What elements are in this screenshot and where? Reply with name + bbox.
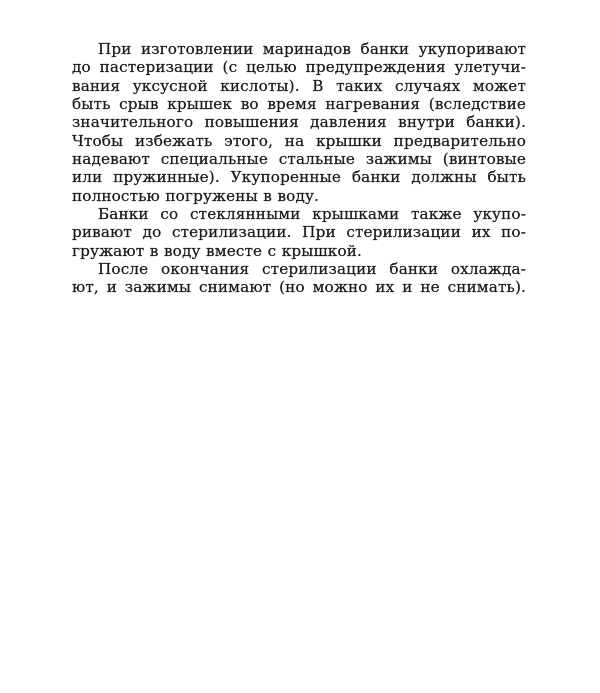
text-line: При изготовлении маринадов банки укупори… bbox=[72, 40, 526, 58]
text-line: или пружинные). Укупоренные банки должны… bbox=[72, 168, 526, 186]
text-line: вания уксусной кислоты). В таких случаях… bbox=[72, 77, 526, 95]
text-line: надевают специальные стальные зажимы (ви… bbox=[72, 150, 526, 168]
paragraph-marinade-sealing: При изготовлении маринадов банки укупори… bbox=[72, 40, 526, 205]
text-line: гружают в воду вместе с крышкой. bbox=[72, 242, 526, 260]
paragraph-glass-lids: Банки со стеклянными крышками также укуп… bbox=[72, 205, 526, 260]
paragraph-after-sterilization: После окончания стерилизации банки охлаж… bbox=[72, 260, 526, 297]
text-line: быть срыв крышек во время нагревания (вс… bbox=[72, 95, 526, 113]
text-line: Банки со стеклянными крышками также укуп… bbox=[72, 205, 526, 223]
text-line: Чтобы избежать этого, на крышки предвари… bbox=[72, 132, 526, 150]
text-line: После окончания стерилизации банки охлаж… bbox=[72, 260, 526, 278]
text-line: ривают до стерилизации. При стерилизации… bbox=[72, 223, 526, 241]
text-line: полностью погружены в воду. bbox=[72, 187, 526, 205]
document-page: При изготовлении маринадов банки укупори… bbox=[72, 40, 526, 297]
text-line: до пастеризации (с целью предупреждения … bbox=[72, 58, 526, 76]
text-line: значительного повышения давления внутри … bbox=[72, 113, 526, 131]
text-line: ют, и зажимы снимают (но можно их и не с… bbox=[72, 278, 526, 296]
